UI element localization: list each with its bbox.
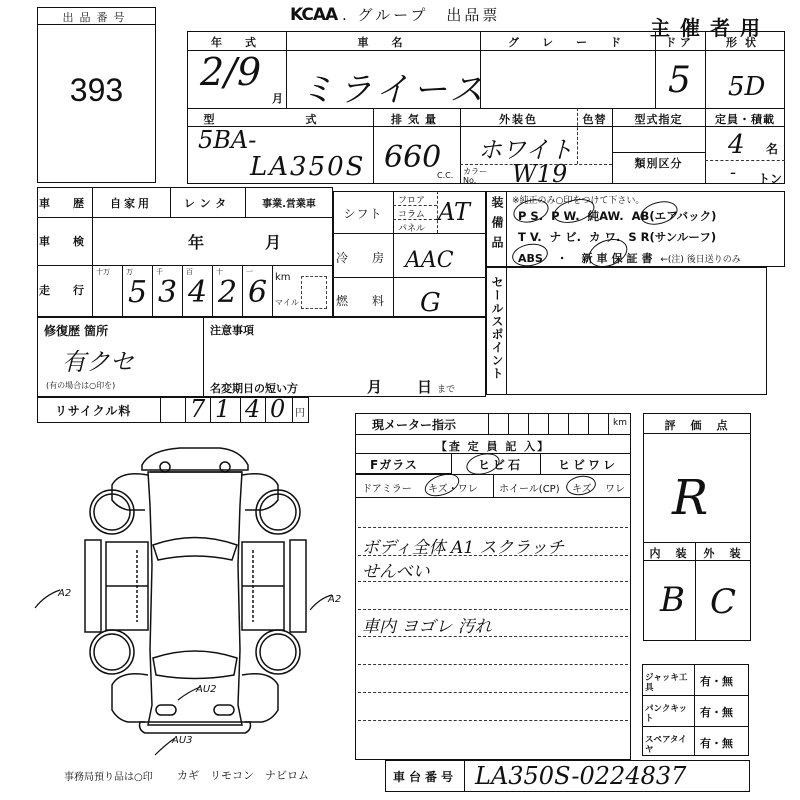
chassis-value[interactable]: LA350S-0224837 — [475, 762, 686, 790]
divider — [506, 267, 507, 395]
divider — [187, 50, 785, 51]
deposit-item-remote[interactable]: リモコン — [210, 767, 254, 783]
name-change-label: 名変期日の短い方 — [210, 380, 298, 396]
load-value[interactable]: - — [730, 162, 736, 183]
form-title-text: . グループ 出品票 — [342, 6, 500, 24]
accessory-label: パンクキット — [645, 704, 693, 724]
divider — [240, 397, 241, 423]
fglass-option-crack[interactable]: ヒビワレ — [558, 456, 618, 473]
accessory-value[interactable]: 有・無 — [700, 673, 733, 689]
ac-label: 冷 房 — [333, 249, 393, 266]
recycle-unit: 円 — [295, 404, 305, 419]
year-value[interactable]: 2/9 — [200, 50, 261, 94]
svg-text:AU3: AU3 — [171, 735, 193, 746]
recycle-digit[interactable]: 4 — [245, 395, 260, 423]
note-line — [358, 664, 628, 665]
type-designation-label: 型式指定 — [612, 111, 705, 127]
color-no-label: カラーNo. — [463, 167, 489, 185]
equipment-warranty-note: ←(注) 後日送りのみ — [660, 255, 740, 265]
door-value[interactable]: 5 — [668, 60, 691, 101]
divider — [393, 191, 394, 317]
note-line — [358, 720, 628, 721]
divider — [643, 542, 751, 543]
accessory-value[interactable]: 有・無 — [700, 704, 733, 720]
shift-label: シフト — [333, 205, 393, 222]
door-mirror-label: ドアミラー — [362, 480, 412, 495]
shift-option-panel[interactable]: パネル — [398, 221, 425, 234]
history-option-private[interactable]: 自家用 — [92, 195, 170, 211]
displacement-value[interactable]: 660 — [384, 140, 441, 175]
fuel-label: 燃 料 — [333, 292, 393, 309]
history-option-business[interactable]: 事業.営業車 — [245, 195, 333, 210]
recycle-digit[interactable]: 1 — [215, 395, 230, 423]
divider — [464, 760, 465, 792]
meter-unit: km — [613, 418, 627, 428]
category-label: 類別区分 — [612, 155, 705, 171]
inspection-label: 車 検 — [37, 233, 92, 249]
divider — [37, 217, 333, 218]
divider — [152, 265, 153, 317]
capacity-value[interactable]: 4 — [728, 130, 745, 160]
inspector-note-line-2[interactable]: せんべい — [362, 557, 430, 582]
equipment-sep: ・ — [557, 252, 568, 265]
ac-value[interactable]: AAC — [405, 248, 454, 273]
divider — [265, 397, 266, 423]
grade-label: グ レ ー ド — [480, 34, 655, 50]
shape-label: 形状 — [705, 34, 785, 50]
name-change-day: 日 — [417, 376, 432, 397]
exterior-value[interactable]: C — [710, 582, 736, 622]
divider — [705, 160, 785, 161]
note-line — [358, 609, 628, 610]
recycle-digit[interactable]: 0 — [270, 395, 285, 423]
note-line — [358, 692, 628, 693]
divider — [203, 317, 204, 397]
accessory-label: ジャッキ工具 — [645, 673, 693, 693]
deposit-item-key[interactable]: カギ — [177, 767, 199, 783]
displacement-unit: C.C. — [437, 171, 453, 180]
equipment-line3[interactable]: ABS ・ 新車保証書 ←(注) 後日送りのみ — [518, 250, 741, 266]
load-unit: トン — [758, 170, 782, 187]
divider — [694, 664, 695, 756]
divider — [333, 277, 486, 278]
car-name-label: 車 名 — [286, 34, 480, 50]
deposit-label: 事務局預り品は○印 — [64, 768, 153, 783]
notes-label: 注意事項 — [210, 322, 254, 338]
divider — [705, 31, 706, 184]
sales-point-label: セールスポイント — [489, 276, 506, 380]
svg-text:A2: A2 — [57, 588, 71, 599]
svg-text:A2: A2 — [327, 594, 341, 605]
meter-digit-cell[interactable] — [508, 413, 509, 435]
mileage-digit[interactable]: 5 — [128, 275, 147, 310]
accessory-label: スペアタイヤ — [645, 735, 693, 755]
shift-option-floor[interactable]: フロア — [398, 193, 425, 206]
car-name-value[interactable]: ミライース — [300, 62, 487, 111]
inspector-note-line-4[interactable]: 車内 ヨゴレ 汚れ — [362, 612, 492, 637]
inspector-note-line-1[interactable]: ボディ全体 A1 スクラッチ — [362, 533, 564, 558]
meter-label: 現メーター指示 — [372, 416, 456, 433]
divider — [506, 191, 507, 267]
mileage-unit-mile: マイル — [275, 297, 299, 308]
equipment-label: 装備品 — [489, 196, 506, 256]
form-title: KCAA . グループ 出品票 — [290, 4, 500, 25]
score-label: 評 価 点 — [643, 417, 751, 433]
repair-label: 修復歴 箇所 — [44, 322, 108, 339]
fuel-value[interactable]: G — [420, 288, 441, 318]
divider — [540, 453, 541, 474]
mileage-label: 走 行 — [37, 282, 92, 298]
repair-value[interactable]: 有クセ — [62, 342, 134, 377]
divider — [612, 152, 705, 153]
mileage-digit[interactable]: 6 — [248, 275, 267, 310]
divider — [242, 265, 243, 317]
mileage-mile-checkbox[interactable] — [301, 276, 327, 309]
repair-note: (有の場合は○印を) — [46, 380, 115, 391]
meter-digit-cell[interactable] — [608, 413, 609, 435]
name-change-month: 月 — [367, 376, 382, 397]
history-label: 車 歴 — [37, 195, 92, 211]
shift-value[interactable]: AT — [438, 198, 470, 226]
shape-value[interactable]: 5D — [728, 72, 765, 102]
model-value-line2[interactable]: LA350S — [250, 152, 365, 182]
mileage-digit[interactable]: 4 — [188, 275, 207, 310]
wheel-option-crack[interactable]: ワレ — [605, 480, 625, 495]
divider — [355, 497, 631, 498]
divider — [160, 397, 161, 423]
model-label: 型 式 — [187, 111, 373, 127]
model-value-line1[interactable]: 5BA- — [198, 126, 256, 154]
color-no-value[interactable]: W19 — [512, 160, 567, 188]
divider — [212, 265, 213, 317]
lot-number: 393 — [37, 72, 156, 109]
recycle-label: リサイクル料 — [55, 402, 131, 419]
inspection-month-suffix: 月 — [265, 230, 281, 253]
inspection-year-suffix: 年 — [188, 230, 204, 253]
divider — [642, 695, 749, 696]
divider — [182, 265, 183, 317]
meter-digit-cell[interactable] — [548, 413, 549, 435]
name-change-until: まで — [437, 382, 455, 395]
mileage-digit-label: 十万 — [96, 267, 110, 277]
divider — [185, 397, 186, 423]
exterior-label: 外 装 — [695, 545, 751, 561]
accessory-value[interactable]: 有・無 — [700, 735, 733, 751]
meter-digit-cell[interactable] — [528, 413, 529, 435]
capacity-unit: 名 — [766, 140, 778, 157]
year-label: 年 式 — [187, 34, 286, 50]
divider — [493, 474, 494, 497]
mileage-digit[interactable]: 3 — [158, 275, 177, 310]
sales-point-value[interactable] — [512, 276, 762, 388]
brand-logo: KCAA — [290, 5, 337, 25]
deposit-item-navi-rom[interactable]: ナビロム — [265, 767, 309, 783]
divider — [122, 265, 123, 317]
score-value[interactable]: R — [672, 470, 708, 526]
month-suffix: 月 — [272, 90, 283, 106]
shift-option-column[interactable]: コラム — [398, 207, 425, 220]
note-line — [358, 527, 628, 528]
door-label: ドア — [655, 34, 705, 50]
svg-text:AU2: AU2 — [195, 684, 217, 695]
displacement-label: 排気量 — [373, 111, 460, 127]
notes-value[interactable] — [210, 340, 480, 370]
lot-number-label: 出品番号 — [37, 9, 156, 25]
interior-value[interactable]: B — [660, 580, 685, 620]
capacity-label: 定員・積載 — [705, 111, 785, 127]
divider — [37, 265, 333, 266]
meter-digit-cell[interactable] — [568, 413, 569, 435]
meter-digit-cell[interactable] — [488, 413, 489, 435]
exterior-color-label: 外装色 — [460, 111, 577, 127]
assessor-label: 【査 定 員 記 入】 — [355, 438, 631, 454]
fglass-label: Fガラス — [370, 456, 418, 473]
divider — [642, 726, 749, 727]
mileage-digit[interactable]: 2 — [218, 275, 237, 310]
divider — [210, 397, 211, 423]
history-option-rental[interactable]: レンタ — [170, 195, 245, 211]
recycle-digit[interactable]: 7 — [190, 395, 205, 423]
interior-label: 内 装 — [643, 545, 695, 561]
mileage-unit-km: km — [275, 272, 291, 283]
wheel-label: ホイール(CP) — [499, 480, 560, 495]
chassis-label: 車台番号 — [393, 768, 457, 785]
vehicle-damage-diagram[interactable]: A2 A2 AU2 AU3 — [20, 430, 360, 760]
divider — [272, 265, 273, 317]
meter-digit-cell[interactable] — [588, 413, 589, 435]
divider — [643, 433, 751, 434]
divider — [292, 397, 293, 423]
color-change-label: 色替 — [577, 111, 612, 127]
